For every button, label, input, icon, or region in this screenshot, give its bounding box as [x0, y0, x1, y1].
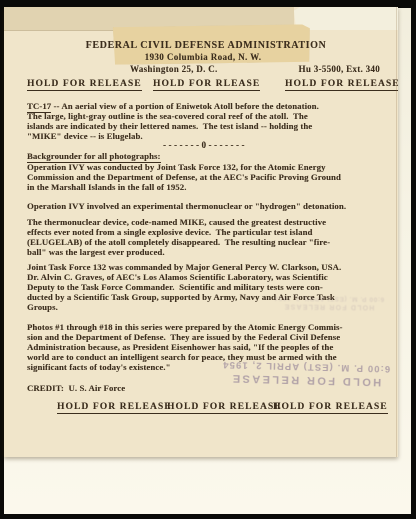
- backgrounder-heading: Backgrounder for all photographs:: [27, 151, 398, 161]
- body-line: effects ever noted from a single explosi…: [27, 227, 398, 237]
- paragraph-mike-device: The thermonuclear device, code-named MIK…: [27, 217, 398, 257]
- section-separator: -------0-------: [8, 140, 398, 150]
- caption-line: islands are indicated by their lettered …: [27, 121, 398, 131]
- press-sheet: FEDERAL CIVIL DEFENSE ADMINISTRATION 193…: [4, 7, 398, 457]
- body-line: sion and the Department of Defense. They…: [27, 332, 398, 342]
- hold-for-release-row-bottom: HOLD FOR RELEASE HOLD FOR RELEASE HOLD F…: [4, 402, 398, 416]
- hold-label: HOLD FOR RELEASE: [57, 402, 172, 414]
- body-line: ball" was the largest ever produced.: [27, 247, 398, 257]
- caption-line: -- An aerial view of a portion of Eniwet…: [51, 101, 319, 111]
- body-line: (ELUGELAB) of the atoll completely disap…: [27, 237, 398, 247]
- body-line: Photos #1 through #18 in this series wer…: [27, 322, 398, 332]
- hold-for-release-row-top: HOLD FOR RELEASE HOLD FOR RLEASE HOLD FO…: [4, 79, 398, 93]
- torn-paper-patch: [294, 7, 398, 30]
- hold-label: HOLD FOR RELEASE: [167, 402, 282, 414]
- agency-phone: Hu 3-5500, Ext. 340: [299, 64, 380, 74]
- body-line: Commission and the Department of Defense…: [27, 172, 398, 182]
- hold-label: HOLD FOR RELEASE: [273, 402, 388, 414]
- caption-line: The large, light-gray outline is the sea…: [27, 111, 398, 121]
- body-line: Joint Task Force 132 was commanded by Ma…: [27, 262, 398, 272]
- hold-label: HOLD FOR RLEASE: [153, 79, 260, 91]
- scanned-press-release: FEDERAL CIVIL DEFENSE ADMINISTRATION 193…: [0, 0, 416, 519]
- body-line: Deputy to the Task Force Commander. Scie…: [27, 282, 398, 292]
- body-line: The thermonuclear device, code-named MIK…: [27, 217, 398, 227]
- hold-label: HOLD FOR RELEASE: [27, 79, 142, 91]
- hold-label: HOLD FOR RELEASE: [285, 79, 398, 91]
- agency-city: Washington 25, D. C.: [130, 64, 218, 74]
- paragraph-thermonuclear: Operation IVY involved an experimental t…: [27, 201, 398, 211]
- agency-address: 1930 Columbia Road, N. W.: [6, 52, 398, 62]
- body-line: in the Marshall Islands in the fall of 1…: [27, 182, 398, 192]
- ghost-stamp: HOLD FOR RELEASE 6:00 P. M. (EST) APRIL …: [258, 294, 398, 310]
- agency-name: FEDERAL CIVIL DEFENSE ADMINISTRATION: [9, 40, 398, 51]
- body-line: Administration because, as President Eis…: [27, 342, 398, 352]
- body-line: Operation IVY was conducted by Joint Tas…: [27, 162, 398, 172]
- photo-caption-paragraph: TC-17 -- An aerial view of a portion of …: [27, 101, 398, 141]
- paragraph-operation-ivy: Operation IVY was conducted by Joint Tas…: [27, 162, 398, 192]
- body-line: Dr. Alvin C. Graves, of AEC's Los Alamos…: [27, 272, 398, 282]
- body-line: Operation IVY involved an experimental t…: [27, 201, 398, 211]
